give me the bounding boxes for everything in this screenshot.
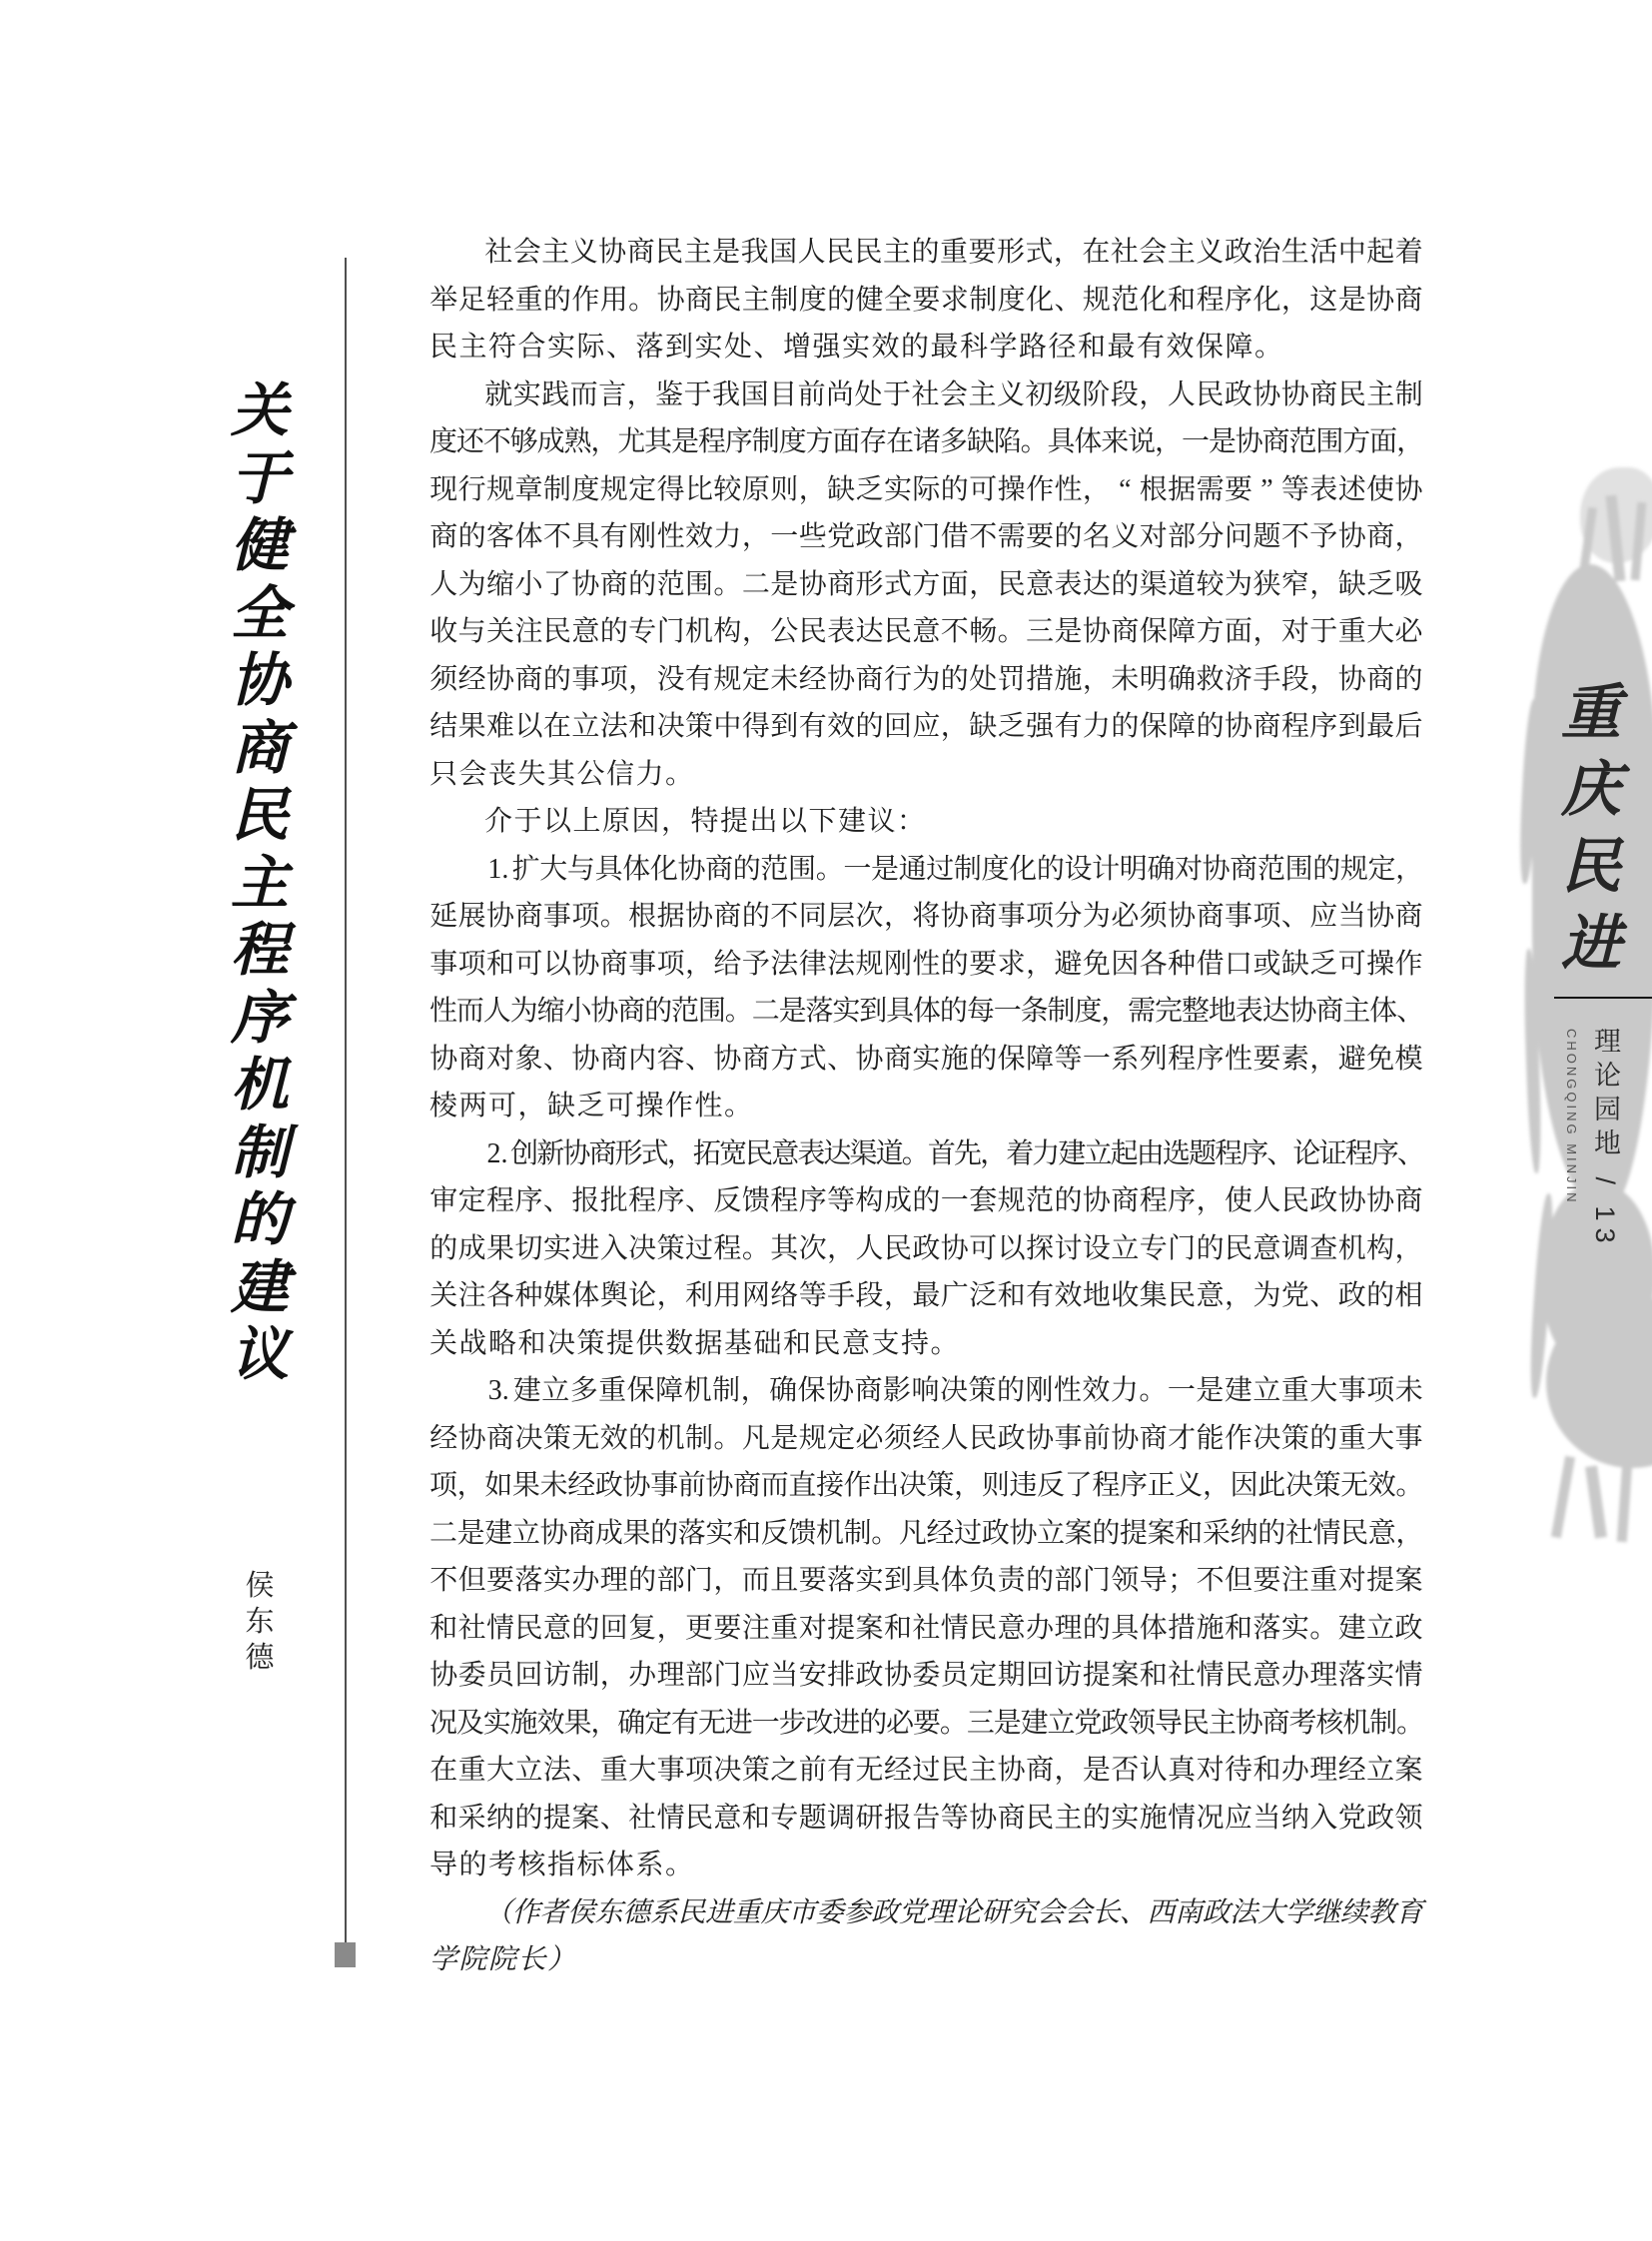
body-text-line: 介于以上原因，特提出以下建议： (429, 798, 1423, 846)
body-text-line: 的成果切实进入决策过程。其次，人民政协可以探讨设立专门的民意调查机构， (429, 1225, 1423, 1273)
body-text-line: 棱两可，缺乏可操作性。 (429, 1083, 1423, 1130)
ink-wash-streak (1551, 1456, 1575, 1538)
magazine-name-latin-vertical: CHONGQING MINJIN (1564, 1029, 1579, 1248)
magazine-page: 关于健全协商民主程序机制的建议 侯东德 社会主义协商民主是我国人民民主的重要形式… (0, 0, 1652, 2241)
body-text-line: 性而人为缩小协商的范围。二是落实到具体的每一条制度，需完整地表达协商主体、 (429, 988, 1423, 1036)
body-text-line: 就实践而言，鉴于我国目前尚处于社会主义初级阶段，人民政协协商民主制 (429, 372, 1423, 419)
vertical-char: 协 (210, 647, 310, 715)
vertical-char: 商 (210, 715, 310, 783)
body-text-line: 商的客体不具有刚性效力，一些党政部门借不需要的名义对部分问题不予协商， (429, 513, 1423, 561)
body-text-line: 导的考核指标体系。 (429, 1842, 1423, 1889)
body-text-line: 经协商决策无效的机制。凡是规定必须经人民政协事前协商才能作决策的重大事 (429, 1415, 1423, 1463)
vertical-char: 程 (210, 917, 310, 985)
vertical-char: 制 (210, 1120, 310, 1187)
body-text-line: 关战略和决策提供数据基础和民意支持。 (429, 1320, 1423, 1368)
body-text-line: 二是建立协商成果的落实和反馈机制。凡经过政协立案的提案和采纳的社情民意， (429, 1510, 1423, 1558)
section-rule-line (1554, 997, 1652, 999)
corner-square-mark (335, 1942, 356, 1967)
vertical-char: 序 (210, 985, 310, 1053)
body-text-line: 审定程序、报批程序、反馈程序等构成的一套规范的协商程序，使人民政协协商 (429, 1177, 1423, 1225)
article-body: 社会主义协商民主是我国人民民主的重要形式，在社会主义政治生活中起着举足轻重的作用… (429, 229, 1423, 1984)
body-text-line: 3. 建立多重保障机制，确保协商影响决策的刚性效力。一是建立重大事项未 (429, 1367, 1423, 1415)
vertical-char: 议 (210, 1321, 310, 1389)
body-text-line: 民主符合实际、落到实处、增强实效的最科学路径和最有效保障。 (429, 324, 1423, 372)
article-title-vertical: 关于健全协商民主程序机制的建议 (210, 377, 310, 1389)
body-text-line: 不但要落实办理的部门，而且要落实到具体负责的部门领导；不但要注重对提案 (429, 1557, 1423, 1605)
body-text-line: 社会主义协商民主是我国人民民主的重要形式，在社会主义政治生活中起着 (429, 229, 1423, 277)
body-text-line: 况及实施效果，确定有无进一步改进的必要。三是建立党政领导民主协商考核机制。 (429, 1700, 1423, 1748)
vertical-char: 的 (210, 1186, 310, 1254)
ink-wash-streak (1585, 1466, 1607, 1539)
vertical-char: 于 (210, 445, 310, 513)
body-text-line: 2. 创新协商形式，拓宽民意表达渠道。首先，着力建立起由选题程序、论证程序、 (429, 1130, 1423, 1178)
vertical-char: 全 (210, 580, 310, 648)
body-text-line: 收与关注民意的专门机构，公民表达民意不畅。三是协商保障方面，对于重大必 (429, 608, 1423, 656)
vertical-char: 机 (210, 1052, 310, 1120)
body-text-line: （作者侯东德系民进重庆市委参政党理论研究会会长、西南政法大学继续教育 (429, 1889, 1423, 1937)
body-text-line: 协委员回访制，办理部门应当安排政协委员定期回访提案和社情民意办理落实情 (429, 1652, 1423, 1700)
body-text-line: 在重大立法、重大事项决策之前有无经过民主协商，是否认真对待和办理经立案 (429, 1747, 1423, 1795)
vertical-char: 民 (210, 782, 310, 850)
vertical-char: 健 (210, 512, 310, 580)
body-text-line: 举足轻重的作用。协商民主制度的健全要求制度化、规范化和程序化，这是协商 (429, 277, 1423, 325)
section-label-and-page-number: 理论园地 / 13 (1586, 1027, 1625, 1286)
body-text-line: 和采纳的提案、社情民意和专题调研报告等协商民主的实施情况应当纳入党政领 (429, 1795, 1423, 1843)
body-text-line: 关注各种媒体舆论，利用网络等手段，最广泛和有效地收集民意，为党、政的相 (429, 1272, 1423, 1320)
vertical-char: 主 (210, 850, 310, 918)
body-text-line: 事项和可以协商事项，给予法律法规刚性的要求，避免因各种借口或缺乏可操作 (429, 941, 1423, 989)
body-text-line: 须经协商的事项，没有规定未经协商行为的处罚措施，未明确救济手段，协商的 (429, 656, 1423, 704)
vertical-char: 重 (1554, 675, 1628, 752)
body-text-line: 1. 扩大与具体化协商的范围。一是通过制度化的设计明确对协商范围的规定， (429, 846, 1423, 894)
body-text-line: 项，如果未经政协事前协商而直接作出决策，则违反了程序正义，因此决策无效。 (429, 1462, 1423, 1510)
body-text-line: 和社情民意的回复，更要注重对提案和社情民意办理的具体措施和落实。建立政 (429, 1605, 1423, 1653)
body-text-line: 度还不够成熟，尤其是程序制度方面存在诸多缺陷。具体来说，一是协商范围方面， (429, 418, 1423, 466)
body-text-line: 协商对象、协商内容、协商方式、协商实施的保障等一系列程序性要素，避免模 (429, 1036, 1423, 1084)
body-text-line: 现行规章制度规定得比较原则，缺乏实际的可操作性，“根据需要”等表述使协 (429, 466, 1423, 514)
body-text-line: 人为缩小了协商的范围。二是协商形式方面，民意表达的渠道较为狭窄，缺乏吸 (429, 561, 1423, 609)
vertical-divider-line (345, 258, 347, 1942)
vertical-char: 庆 (1554, 752, 1628, 829)
vertical-char: 进 (1554, 906, 1628, 983)
body-text-line: 结果难以在立法和决策中得到有效的回应，缺乏强有力的保障的协商程序到最后 (429, 703, 1423, 751)
body-text-line: 延展协商事项。根据协商的不同层次，将协商事项分为必须协商事项、应当协商 (429, 893, 1423, 941)
vertical-char: 德 (238, 1640, 282, 1676)
vertical-char: 关 (210, 377, 310, 445)
body-text-line: 只会丧失其公信力。 (429, 751, 1423, 799)
vertical-char: 民 (1554, 829, 1628, 906)
magazine-name-vertical: 重庆民进 (1554, 675, 1628, 983)
article-author-vertical: 侯东德 (238, 1568, 282, 1676)
vertical-char: 侯 (238, 1568, 282, 1604)
vertical-char: 建 (210, 1254, 310, 1322)
vertical-char: 东 (238, 1604, 282, 1640)
body-text-line: 学院院长） (429, 1936, 1423, 1984)
